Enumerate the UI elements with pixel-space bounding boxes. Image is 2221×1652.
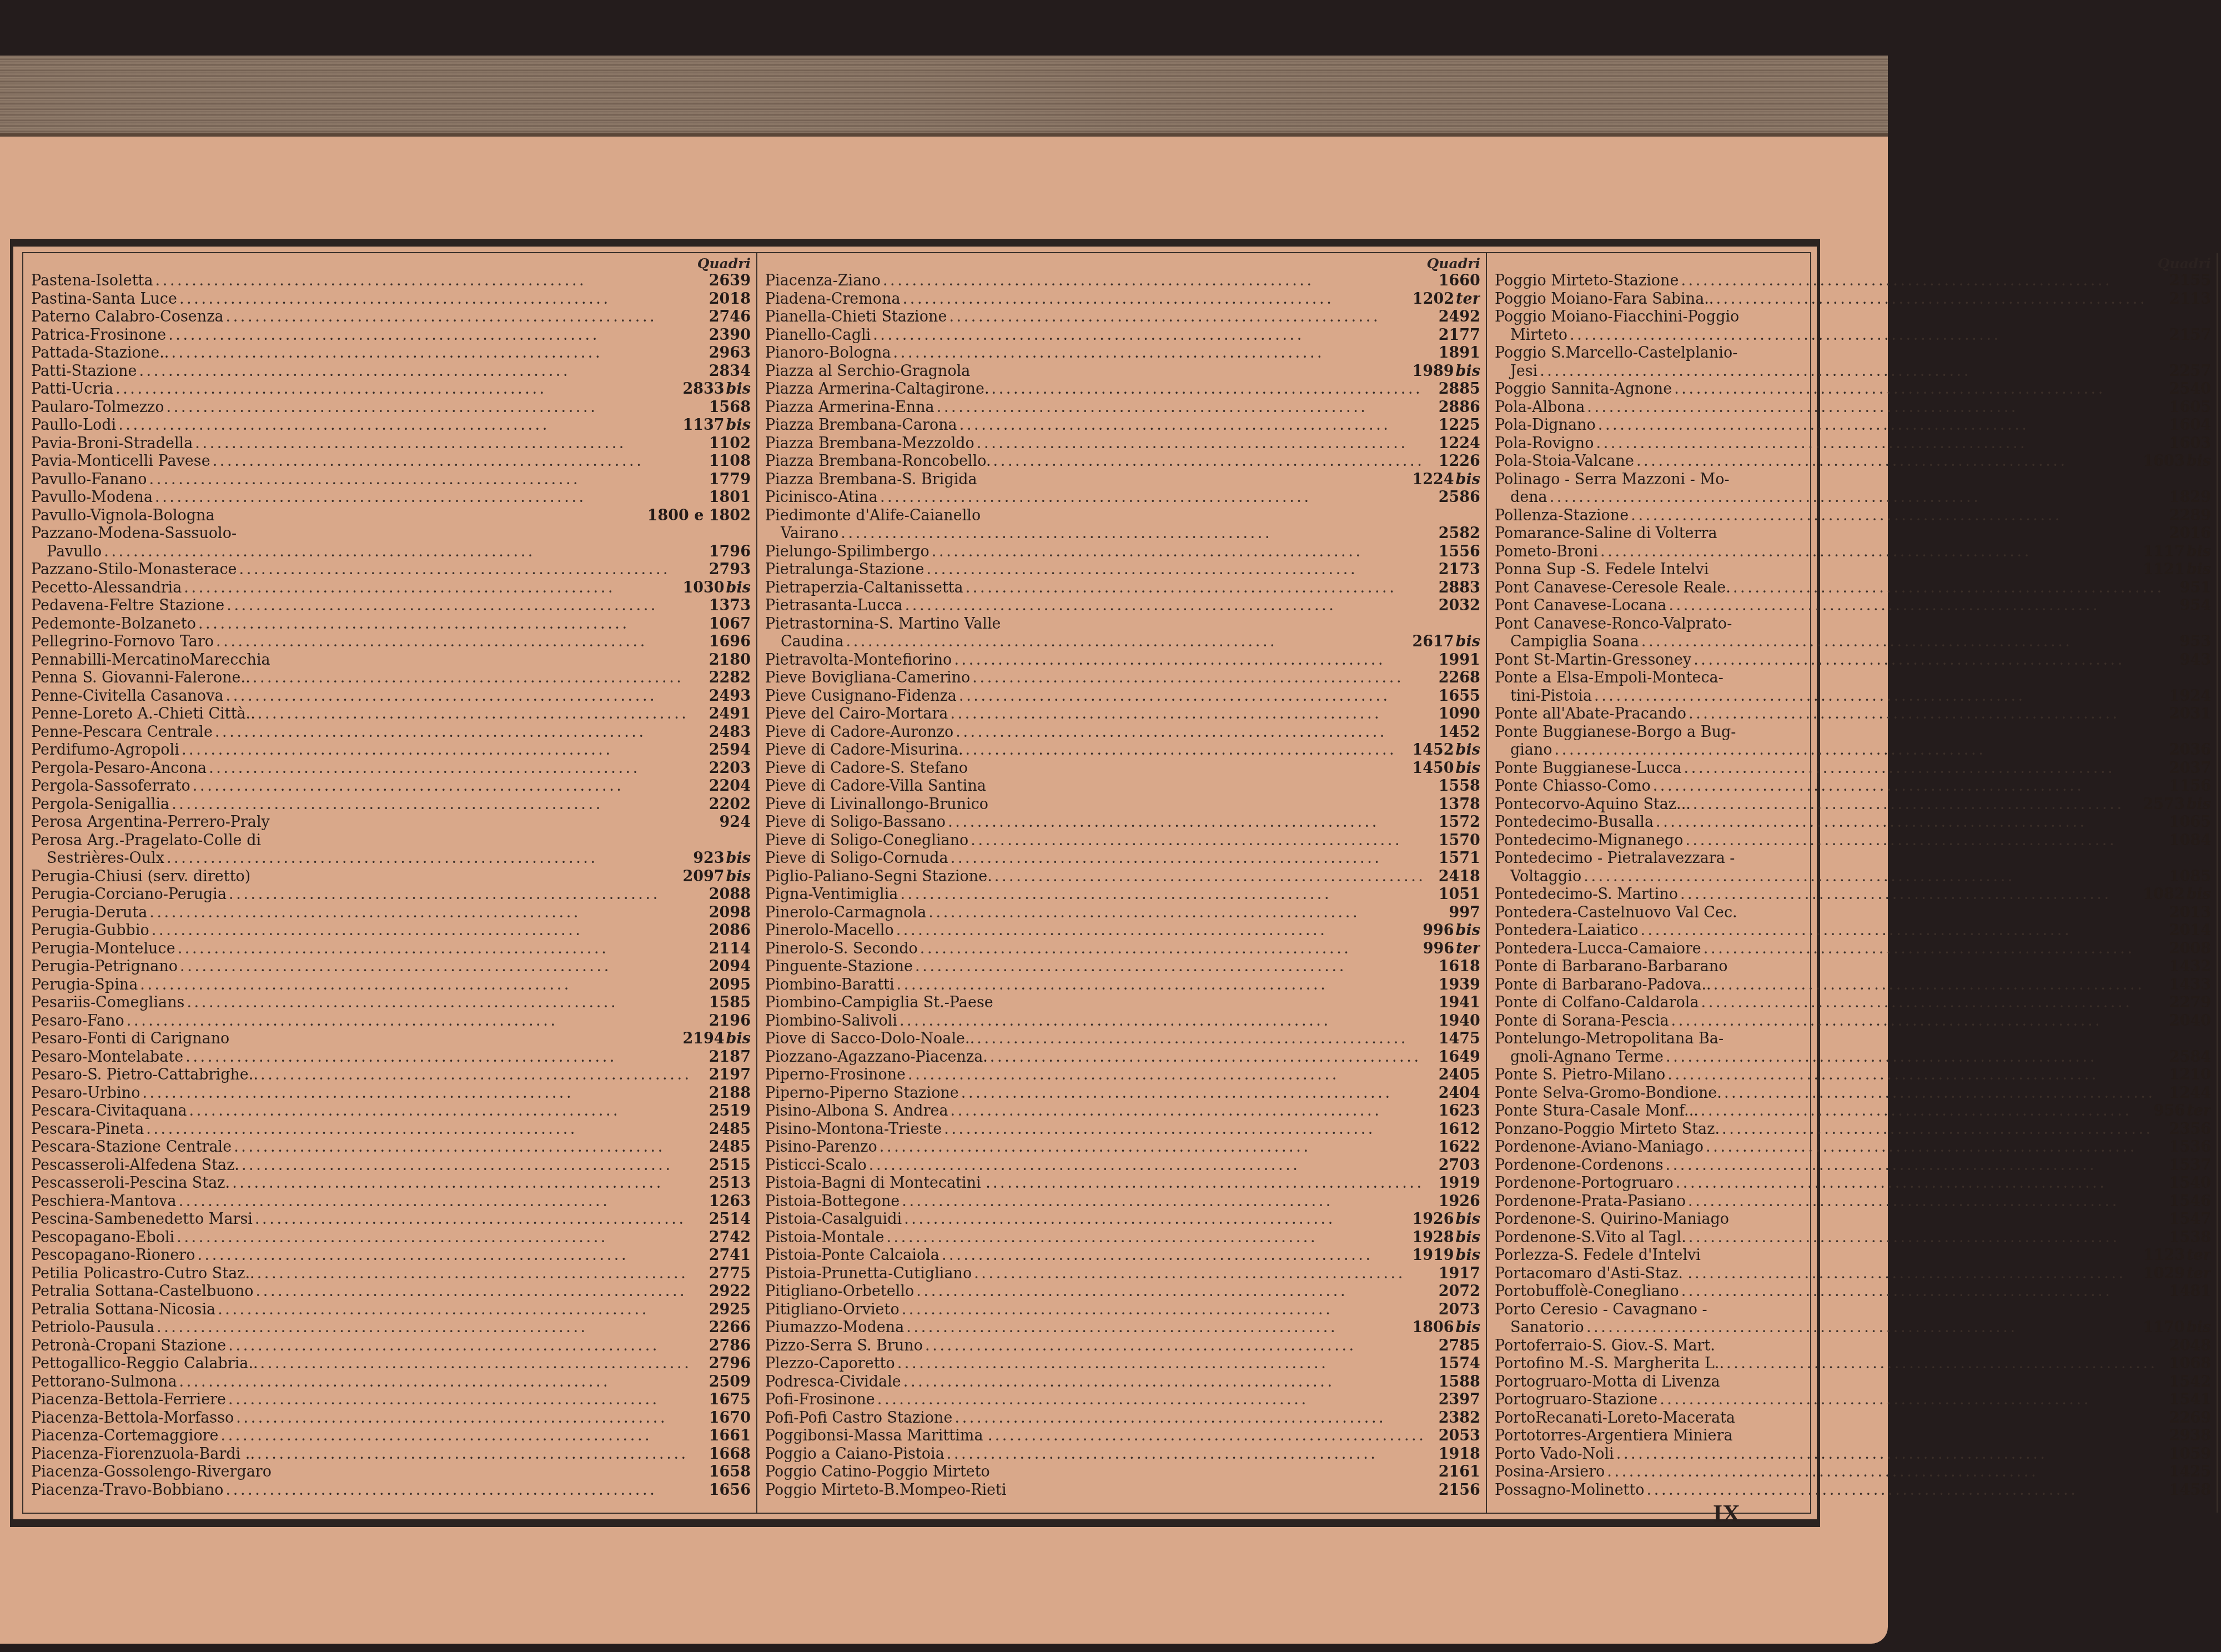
dot-leader [149,904,707,922]
station-name: Pistoia-Bagni di Montecatini . [765,1174,991,1193]
station-name: Piove di Sacco-Dolo-Noale.. [765,1030,974,1048]
index-entry: Penne-Pescara Centrale2483 [31,724,751,742]
dot-leader [187,994,706,1012]
index-entry: Caudina2617bis [765,633,1480,651]
station-name: Pontedera-Laiatico [1495,922,1639,940]
dot-leader [925,1337,1436,1355]
table-number: 2282 [709,669,751,687]
table-number: 2279 [2169,994,2211,1012]
table-number: 2053 [1439,1427,1480,1445]
index-entry: Pettogallico-Reggio Calabria..2796 [31,1355,751,1373]
table-number: 2187 [709,1048,751,1067]
index-entry: Pinerolo-Carmagnola997 [765,904,1480,922]
station-name: Sestrières-Oulx [31,850,164,868]
station-name: Pattada-Stazione.. [31,344,169,363]
dot-leader [1724,1084,2167,1103]
dot-leader [142,1084,706,1103]
station-name: Petronà-Cropani Stazione [31,1337,226,1355]
index-entry: Piozzano-Agazzano-Piacenza.1649 [765,1048,1480,1067]
index-entry: Petriolo-Pausula2266 [31,1319,751,1337]
dot-leader [218,1301,707,1319]
index-entry: Poggio Mirteto-B.Mompeo-Rieti2156 [765,1482,1480,1500]
index-entry: Pinguente-Stazione1618 [765,958,1480,976]
index-entry: Pecetto-Alessandria1030bis [31,579,751,597]
index-entry: Pesaro-Fano2196 [31,1012,751,1031]
index-entry: Porlezza-S. Fedele d'Intelvi1123ter [1495,1247,2211,1265]
table-number: 1059 [2169,1445,2211,1464]
index-entry: Pavullo1796 [31,543,751,561]
table-number: 2114 [709,940,751,958]
index-entry: Perugia-Deruta2098 [31,904,751,922]
index-entry: Pontedecimo - Pietralavezzara - [1495,850,2211,868]
index-entry: Pedemonte-Bolzaneto1067 [31,615,751,634]
table-number: 2289 [2169,507,2211,525]
dot-leader [184,579,680,597]
dot-leader [209,760,707,778]
station-name: Pistoia-Prunetta-Cutigliano [765,1265,972,1283]
index-entry: Piombino-Baratti1939 [765,976,1480,995]
table-number: 2573 [2143,796,2185,814]
index-entry: Portacomaro d'Asti-Staz. .1029ter [1495,1265,2211,1283]
table-number: 2515 [709,1157,751,1175]
station-name: Pesaro-Urbino [31,1084,140,1103]
dot-leader [944,1121,1436,1139]
station-name: Poggio Mirteto-B.Mompeo-Rieti [765,1482,1007,1500]
station-name: Pisino-Parenzo [765,1138,877,1157]
dot-leader [841,525,1436,543]
index-entry: Pergola-Pesaro-Ancona2203 [31,760,751,778]
station-name: Porto Ceresio - Cavagnano - [1495,1301,1707,1319]
station-name: Perugia-Petrignano [31,958,178,976]
table-number: 1556 [1439,543,1480,561]
station-name: Pinerolo-Macello [765,922,894,940]
station-name: Pinguente-Stazione [765,958,913,976]
station-name: Pola-Rovigno [1495,435,1594,453]
index-entry: Piazza Brembana-Carona1225 [765,416,1480,435]
dot-leader [1669,597,2177,615]
station-name: Perugia-Chiusi (serv. diretto) [31,868,250,886]
index-entry: Pesaro-Montelabate2187 [31,1048,751,1067]
table-number: 1829 [2169,489,2211,507]
table-number: 1475 [1439,1030,1480,1048]
index-entry: Ponna Sup -S. Fedele Intelvi1121bis [1495,561,2211,579]
table-number: 1571 [1439,850,1480,868]
index-entry: Ponte Stura-Casale Monf...956ter [1495,1102,2211,1121]
dot-leader [255,1211,707,1229]
table-number: 1082 [2143,886,2185,904]
station-name: Ponte Buggianese-Lucca [1495,760,1682,778]
index-entry: Poggio Sannita-Agnone2540 [1495,380,2211,399]
table-number: 2883 [1439,579,1480,597]
station-name: Petralia Sottana-Nicosia [31,1301,215,1319]
station-name: Pieve di Cadore-Auronzo [765,724,953,742]
index-entry: Pastina-Santa Luce2018 [31,290,751,309]
station-name: Piazza Brembana-Carona [765,416,957,435]
station-name: Pont Canavese-Ronco-Valprato- [1495,615,1732,634]
table-number: 1452 [1412,741,1454,760]
station-name: Pisino-Albona S. Andrea [765,1102,948,1121]
index-entry: Paularo-Tolmezzo1568 [31,399,751,417]
station-name: Pietrastornina-S. Martino Valle [765,615,1001,634]
table-number: 2703 [1439,1157,1480,1175]
table-number: 2785 [1439,1337,1480,1355]
station-name: Ponte a Elsa-Empoli-Monteca- [1495,669,1723,687]
station-name: Pordenone-S.Vito al Tagl. [1495,1229,1686,1247]
dot-leader [1722,1121,2167,1139]
dot-leader [229,886,707,904]
table-number: 1202 [1413,290,1454,309]
table-number: 1655 [1439,687,1480,706]
dot-leader [903,290,1410,309]
index-entry: Pofi-Pofi Castro Stazione2382 [765,1409,1480,1428]
table-number: 1452 [1439,724,1480,742]
dot-leader [236,1409,706,1428]
station-name: Perugia-Gubbio [31,922,149,940]
dot-leader [1647,1482,2167,1500]
station-name: Pastina-Santa Luce [31,290,177,309]
table-number: 1547 [2169,1211,2211,1229]
table-number: 2156 [1439,1482,1480,1500]
dot-leader [195,435,707,453]
table-number: 1604 [2169,416,2211,435]
index-entry: Petralia Sottana-Castelbuono2922 [31,1283,751,1301]
index-entry: Piglio-Paliano-Segni Stazione.2418 [765,868,1480,886]
dot-leader [1631,507,2167,525]
dot-leader [1714,976,2167,995]
dot-leader [993,453,1436,471]
table-number: 1917 [1439,1265,1480,1283]
station-name: Pistoia-Bottegone [765,1193,900,1211]
dot-leader [216,633,707,651]
station-name: Pordenone-Cordenons [1495,1157,1664,1175]
index-entry: Ponte di Colfano-Caldarola2279 [1495,994,2211,1012]
table-number: 1540 [2169,1174,2211,1193]
station-name: Podresca-Cividale [765,1373,901,1392]
index-entry: Pennabilli-MercatinoMarecchia2180 [31,651,751,670]
station-name: Piombino-Campiglia St.-Paese [765,994,993,1012]
table-number: 2594 [709,741,751,760]
table-number: 1661 [709,1427,751,1445]
index-entry: Portofino M.-S. Margherita L..1068 [1495,1355,2211,1373]
table-number: 1084 [2169,832,2211,850]
dot-leader [920,940,1421,958]
table-number: 2173 [1439,561,1480,579]
dot-leader [227,597,707,615]
index-entry: Portotorres-Argentiera Miniera2938 [1495,1427,2211,1445]
station-name: Portogruaro-Motta di Livenza [1495,1373,1720,1392]
table-number: 2088 [709,886,751,904]
index-entry: Pontedera-Castelnuovo Val Cec.2013 [1495,904,2211,922]
dot-leader [873,327,1436,345]
index-entry: Perugia-Monteluce2114 [31,940,751,958]
station-name: Pistoia-Ponte Calcaiola [765,1247,939,1265]
table-number: 2268 [1439,669,1480,687]
station-name: Pofi-Frosinone [765,1391,875,1409]
index-entry: Petilia Policastro-Cutro Staz..2775 [31,1265,751,1283]
table-number: 996 [1423,940,1454,958]
station-name: Ponte Buggianese-Borgo a Bug- [1495,724,1736,742]
table-number: 1941 [1439,994,1480,1012]
station-name: Pianello-Cagli [765,327,871,345]
index-entry: Penne-Loreto A.-Chieti Città..2491 [31,705,751,724]
table-number: 1660 [1439,272,1480,290]
table-number: 1085 [2169,868,2211,886]
table-number: 1224 [1412,471,1454,489]
index-entry: Possagno-Molinetto1458 [1495,1482,2211,1500]
index-entry: Pontelungo-Metropolitana Ba- [1495,1030,2211,1048]
table-number: 2013 [2169,904,2211,922]
station-name: Plezzo-Caporetto [765,1355,895,1373]
dot-leader [1598,416,2167,435]
dot-leader [916,1283,1436,1301]
index-entry: Patti-Stazione2834 [31,363,751,381]
table-number: 2886 [1439,399,1480,417]
table-number: 2492 [1439,308,1480,327]
table-suffix: bis [1456,1211,1480,1229]
table-suffix: bis [1456,922,1480,940]
index-entry: PortoRecanati-Loreto-Macerata2269 [1495,1409,2211,1428]
table-number: 1939 [1439,976,1480,995]
index-entry: Piazza Brembana-S. Brigida1224bis [765,471,1480,489]
table-number: 2584 [2169,1048,2211,1067]
table-number: 2257 [2169,363,2211,381]
table-number: 1450 [1412,760,1454,778]
index-entry: Pietravolta-Montefiorino1991 [765,651,1480,670]
index-entry: Pont St-Martin-Gressoney943 [1495,651,2211,670]
table-number: 1572 [1439,814,1480,832]
dot-leader [180,958,707,976]
dot-leader [260,1066,707,1084]
dot-leader [954,1409,1436,1428]
station-name: Piadena-Cremona [765,290,901,309]
index-entry: Pont Canavese-Locana954 [1495,597,2211,615]
station-name: Perugia-Spina [31,976,138,995]
station-name: Piazza Armerina-Caltagirone. [765,380,989,399]
table-number: 2097 [682,868,724,886]
dot-leader [995,1427,1436,1445]
station-name: Ponte Stura-Casale Monf... [1495,1102,1699,1121]
index-entry: Penna S. Giovanni-Falerone..2282 [31,669,751,687]
index-entry: Pistoia-Bottegone1926 [765,1193,1480,1211]
table-number: 1481 [2169,1283,2211,1301]
dot-leader [1584,868,2167,886]
dot-leader [155,272,707,290]
station-name: dena [1495,489,1547,507]
station-name: Piedimonte d'Alife-Caianello [765,507,981,525]
page-edges [0,56,1888,137]
index-entry: Pietrastornina-S. Martino Valle [765,615,1480,634]
table-number: 1585 [709,994,751,1012]
table-number: 2018 [709,290,751,309]
index-entry: Pescopagano-Eboli2742 [31,1229,751,1247]
index-entry: giano2036 [1495,741,2211,760]
station-name: Pieve di Cadore-S. Stefano [765,760,968,778]
station-name: Pergola-Senigallia [31,796,169,814]
station-name: Piazza Brembana-Roncobello. [765,453,991,471]
table-number: 2202 [709,796,751,814]
dot-leader [902,1301,1436,1319]
station-name: Ponte di Sorana-Pescia [1495,1012,1669,1031]
index-entry: Pianella-Chieti Stazione2492 [765,308,1480,327]
dot-leader [846,633,1410,651]
station-name: Ponte Selva-Gromo-Bondione. [1495,1084,1722,1103]
dot-leader [942,1247,1410,1265]
index-entry: Pieve del Cairo-Mortara1090 [765,705,1480,724]
dot-leader [902,1193,1436,1211]
table-number: 1570 [1439,832,1480,850]
station-name: Pinerolo-S. Secondo [765,940,918,958]
dot-leader [157,1319,707,1337]
dot-leader [977,1030,1436,1048]
index-entry: Perosa Argentina-Perrero-Praly924 [31,814,751,832]
index-entry: Pontedera-Laiatico2014 [1495,922,2211,940]
table-number: 1940 [1439,1012,1480,1031]
index-entry: Pettorano-Sulmona2509 [31,1373,751,1392]
station-name: Pieve di Cadore-Villa Santina [765,777,986,796]
station-name: Pedavena-Feltre Stazione [31,597,224,615]
index-entry: Pieve di Cadore-S. Stefano1450bis [765,760,1480,778]
station-name: Pollenza-Stazione [1495,507,1629,525]
index-entry: Pontedecimo-S. Martino1082bis [1495,886,2211,904]
station-name: Pontedecimo-S. Martino [1495,886,1678,904]
index-entry: Pont Canavese-Ronco-Valprato- [1495,615,2211,634]
dot-leader [977,435,1436,453]
table-number: 1542 [2169,1373,2211,1392]
index-entry: Ponte Chiasso-Como1156 [1495,777,2211,796]
station-name: Penne-Pescara Centrale [31,724,213,742]
table-number: 2086 [709,922,751,940]
table-number: 956 [2154,1102,2185,1121]
table-number: 1603 [2169,435,2211,453]
dot-leader [1689,705,2167,724]
station-name: Penna S. Giovanni-Falerone.. [31,669,250,687]
index-entry: Pesaro-Fonti di Carignano2194bis [31,1030,751,1048]
station-name: Pescara-Pineta [31,1121,144,1139]
table-number: 1029 [2143,1265,2185,1283]
index-entry: Pescina-Sambenedetto Marsi2514 [31,1211,751,1229]
table-number: 2485 [709,1121,751,1139]
table-number: 1224 [1439,435,1480,453]
dot-leader [877,1391,1436,1409]
table-number: 1226 [1439,453,1480,471]
dot-leader [1694,651,2177,670]
dot-leader [213,453,707,471]
station-name: Pordenone-Aviano-Maniago [1495,1138,1704,1157]
index-entry: Piacenza-Travo-Bobbiano1656 [31,1482,751,1500]
station-name: Pometo-Broni [1495,543,1598,561]
dot-leader [1594,687,2167,706]
dot-leader [225,687,706,706]
index-entry: Ponte a Elsa-Empoli-Monteca- [1495,669,2211,687]
station-name: Pont Canavese-Locana [1495,597,1666,615]
index-entry: Pontecorvo-Aquino Staz...2573bis [1495,796,2211,814]
station-name: Pianoro-Bologna [765,344,891,363]
table-number: 1588 [1439,1373,1480,1392]
table-number: 2405 [1439,1066,1480,1084]
index-entry: gnoli-Agnano Terme2584 [1495,1048,2211,1067]
station-name: Poggibonsi-Massa Marittima . [765,1427,993,1445]
index-entry: Piacenza-Gossolengo-Rivergaro1658 [31,1463,751,1482]
index-entry: Pavullo-Modena1801 [31,489,751,507]
table-number: 923 [693,850,724,868]
station-name: Piacenza-Cortemaggiore [31,1427,219,1445]
dot-leader [1684,760,2167,778]
table-number: 2938 [2169,1427,2211,1445]
dot-leader [904,1211,1410,1229]
index-column-1: Quadri Pastena-Isoletta2639Pastina-Santa… [23,253,757,1513]
table-suffix: bis [1456,1229,1480,1247]
dot-leader [947,1445,1436,1464]
index-entry: Pisino-Montona-Trieste1612 [765,1121,1480,1139]
index-entry: Mirteto2157 [1495,327,2211,345]
table-number: 2161 [1439,1463,1480,1482]
index-entry: Ponte Selva-Gromo-Bondione.1244 [1495,1084,2211,1103]
table-suffix: bis [726,380,751,399]
station-name: Pinerolo-Carmagnola [765,904,926,922]
table-suffix: ter [2187,1265,2211,1283]
dot-leader [966,741,1410,760]
dot-leader [253,669,707,687]
station-name: Pont St-Martin-Gressoney [1495,651,1691,670]
table-number: 2491 [709,705,751,724]
station-name: Pietraperzia-Caltanissetta [765,579,963,597]
dot-leader [948,814,1436,832]
station-name: Piombino-Salivoli [765,1012,897,1031]
station-name: Portotorres-Argentiera Miniera [1495,1427,1733,1445]
station-name: Pavullo-Fanano [31,471,147,489]
table-number: 2188 [709,1084,751,1103]
station-name: giano [1495,741,1552,760]
station-name: Pietrasanta-Lucca [765,597,903,615]
station-name: Pazzano-Stilo-Monasterace [31,561,237,579]
dot-leader [242,1157,707,1175]
table-number: 1432 [2169,958,2211,976]
index-entry: Pazzano-Modena-Sassuolo- [31,525,751,543]
index-entry: Pola-Rovigno1603 [1495,435,2211,453]
dot-leader [1726,1355,2167,1373]
station-name: Pigna-Ventimiglia [765,886,898,904]
dot-leader [1733,579,2178,597]
index-entry: Ponte Buggianese-Lucca2037 [1495,760,2211,778]
dot-leader [1666,1048,2167,1067]
table-suffix: ter [1456,290,1480,309]
station-name: Pordenone-Portogruaro [1495,1174,1674,1193]
index-entry: Pavia-Monticelli Pavese1108 [31,453,751,471]
dot-leader [1674,380,2167,399]
index-entry: Pieve di Cadore-Auronzo1452 [765,724,1480,742]
station-name: Pontedecimo-Busalla [1495,814,1654,832]
dot-leader [1701,994,2167,1012]
station-name: Polinago - Serra Mazzoni - Mo- [1495,471,1730,489]
table-number: 2157 [2169,327,2211,345]
station-name: Caudina [765,633,844,651]
table-number: 924 [720,814,751,832]
index-entry: Pieve di Soligo-Conegliano1570 [765,832,1480,850]
dot-leader [900,886,1436,904]
index-entry: Pescara-Stazione Centrale2485 [31,1138,751,1157]
dot-leader [1640,922,2167,940]
index-entry: Paterno Calabro-Cosenza2746 [31,308,751,327]
index-entry: Polinago - Serra Mazzoni - Mo- [1495,471,2211,489]
index-entry: Pola-Albona1605 [1495,399,2211,417]
dot-leader [1695,1265,2141,1283]
index-entry: Portogruaro-Motta di Livenza1542 [1495,1373,2211,1392]
table-number: 1458 [2169,1482,2211,1500]
index-entry: Pavullo-Vignola-Bologna1800 e 1802 [31,507,751,525]
station-name: Pordenone-S. Quirino-Maniago [1495,1211,1729,1229]
table-number: 2098 [709,904,751,922]
table-number: 2040 [2169,1012,2211,1031]
